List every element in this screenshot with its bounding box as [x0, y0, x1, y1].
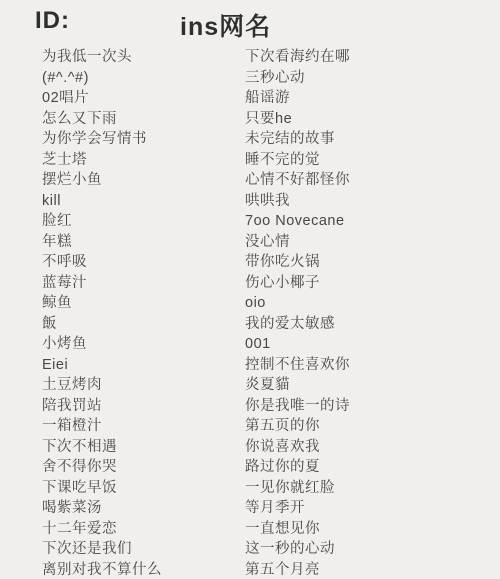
- list-item: 喝紫菜汤: [42, 498, 245, 519]
- list-item: 土豆烤肉: [42, 375, 245, 396]
- header: ID: ins网名: [0, 0, 500, 43]
- list-item: 等月季开: [245, 498, 485, 519]
- list-item: 7oo Novecane: [245, 211, 485, 232]
- list-item: 一见你就红脸: [245, 478, 485, 499]
- list-item: 控制不住喜欢你: [245, 355, 485, 376]
- list-item: 舍不得你哭: [42, 457, 245, 478]
- list-item: 离别对我不算什么: [42, 560, 245, 579]
- list-item: 第五个月亮: [245, 560, 485, 579]
- list-item: 001: [245, 334, 485, 355]
- list-item: Eiei: [42, 355, 245, 376]
- list-item: 伤心小椰子: [245, 273, 485, 294]
- list-item: 蓝莓汁: [42, 273, 245, 294]
- list-item: 鲸鱼: [42, 293, 245, 314]
- list-item: 怎么又下雨: [42, 109, 245, 130]
- left-column: 为我低一次头(#^.^#)02唱片怎么又下雨为你学会写情书芝士塔摆烂小鱼kill…: [42, 47, 245, 579]
- list-item: 睡不完的觉: [245, 150, 485, 171]
- list-item: kill: [42, 191, 245, 212]
- list-item: 带你吃火锅: [245, 252, 485, 273]
- list-item: 为我低一次头: [42, 47, 245, 68]
- list-item: 不呼吸: [42, 252, 245, 273]
- list-item: 一直想见你: [245, 519, 485, 540]
- list-item: 心情不好都怪你: [245, 170, 485, 191]
- list-item: 芝士塔: [42, 150, 245, 171]
- list-item: 十二年爱恋: [42, 519, 245, 540]
- list-item: 我的爱太敏感: [245, 314, 485, 335]
- list-item: 一箱橙汁: [42, 416, 245, 437]
- list-item: 你是我唯一的诗: [245, 396, 485, 417]
- list-item: 年糕: [42, 232, 245, 253]
- list-item: 下次看海约在哪: [245, 47, 485, 68]
- list-item: 你说喜欢我: [245, 437, 485, 458]
- list-item: 哄哄我: [245, 191, 485, 212]
- name-columns: 为我低一次头(#^.^#)02唱片怎么又下雨为你学会写情书芝士塔摆烂小鱼kill…: [0, 47, 500, 579]
- list-item: 三秒心动: [245, 68, 485, 89]
- list-item: 第五页的你: [245, 416, 485, 437]
- list-item: 下次不相遇: [42, 437, 245, 458]
- list-item: 下课吃早饭: [42, 478, 245, 499]
- page-title: ins网名: [180, 7, 271, 43]
- list-item: 只要he: [245, 109, 485, 130]
- username-list-page: ID: ins网名 为我低一次头(#^.^#)02唱片怎么又下雨为你学会写情书芝…: [0, 0, 500, 579]
- list-item: 为你学会写情书: [42, 129, 245, 150]
- right-column: 下次看海约在哪三秒心动船谣游只要he未完结的故事睡不完的觉心情不好都怪你哄哄我7…: [245, 47, 485, 579]
- list-item: 小烤鱼: [42, 334, 245, 355]
- list-item: 炎夏貓: [245, 375, 485, 396]
- list-item: 没心情: [245, 232, 485, 253]
- list-item: 02唱片: [42, 88, 245, 109]
- list-item: 这一秒的心动: [245, 539, 485, 560]
- list-item: 飯: [42, 314, 245, 335]
- list-item: (#^.^#): [42, 68, 245, 89]
- list-item: 未完结的故事: [245, 129, 485, 150]
- list-item: 脸红: [42, 211, 245, 232]
- list-item: 下次还是我们: [42, 539, 245, 560]
- list-item: oio: [245, 293, 485, 314]
- id-label: ID:: [35, 7, 70, 35]
- list-item: 路过你的夏: [245, 457, 485, 478]
- list-item: 陪我罚站: [42, 396, 245, 417]
- list-item: 摆烂小鱼: [42, 170, 245, 191]
- list-item: 船谣游: [245, 88, 485, 109]
